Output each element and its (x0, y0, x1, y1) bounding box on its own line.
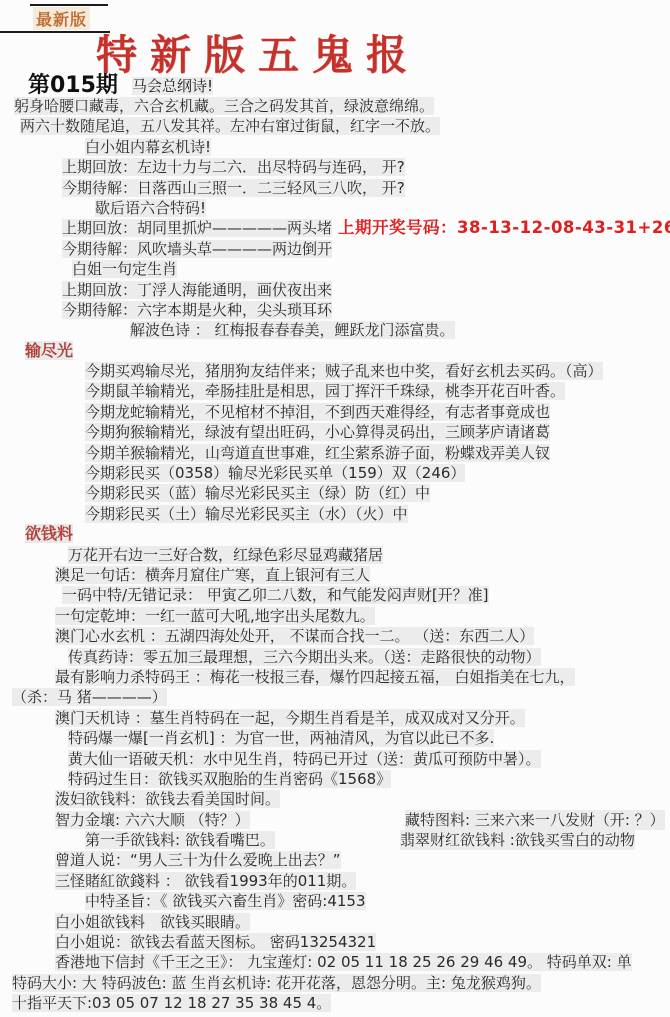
text-line: 今期彩民买（蓝）输尽光彩民买主（绿）防（红）中 (0, 483, 670, 503)
text-segment: 今期彩民买（0358）输尽光彩民买单（159）双（246） (85, 464, 465, 482)
text-segment: 澳足一句话：横奔月窟住广寒，直上银河有三人 (55, 566, 370, 584)
text-segment: 两六十数随尾追，五八发其祥。左冲右窜过街鼠，红字一不放。 (20, 117, 440, 135)
text-segment: 一码中特/无错记录： 甲寅乙卯二八数，和气能发闷声财[开？准] (62, 586, 489, 604)
text-line: 澳门心水玄机 ：五湖四海处处开， 不谋而合找一二。 （送：东西二人） (0, 626, 670, 646)
text-segment: 泼妇欲钱料：欲钱去看美国时间。 (55, 790, 280, 808)
text-line: 特码爆一爆[一肖玄机] ：为官一世，两袖清风，为官以此已不多. (0, 728, 670, 748)
text-line: 三怪賭紅欲錢料 ： 欲钱看1993年的011期。 (0, 871, 670, 891)
text-segment: 白小姐说：欲钱去看蓝天图标。 密码13254321 (55, 933, 376, 951)
text-line: 泼妇欲钱料：欲钱去看美国时间。 (0, 789, 670, 809)
text-segment: 今期龙蛇输精光，不见棺材不掉泪，不到西天难得经，有志者事竟成也 (85, 403, 550, 421)
text-segment: 中特圣旨：《 欲钱买六畜生肖》密码:4153 (85, 892, 366, 910)
text-line: 最有影响力杀特码王 ：梅花一枝报三春，爆竹四起接五福， 白姐指美在七九， (0, 667, 670, 687)
text-segment: 白姐一句定生肖 (72, 260, 177, 278)
text-line: 香港地下信封《千王之王》： 九宝莲灯: 02 05 11 18 25 26 29… (0, 952, 670, 972)
text-segment: （杀：马 猪————） (12, 688, 167, 706)
text-segment: 特码大小: 大 特码波色: 蓝 生肖玄机诗: 花开花落，恩怨分明。主: 兔龙猴鸡… (12, 974, 541, 992)
text-line: 白姐一句定生肖 (0, 259, 670, 279)
text-segment: 十指平天下:03 05 07 12 18 27 35 38 45 4。 (12, 994, 331, 1012)
text-line: 十指平天下:03 05 07 12 18 27 35 38 45 4。 (0, 993, 670, 1013)
text-segment: 澳门心水玄机 ：五湖四海处处开， 不谋而合找一二。 （送：东西二人） (55, 627, 534, 645)
text-segment: 今期彩民买（蓝）输尽光彩民买主（绿）防（红）中 (85, 484, 430, 502)
text-line: 智力金壤: 六六大顺 （特？）藏特图料: 三来六来一八发财（开: ？） (0, 810, 670, 830)
text-segment: 最有影响力杀特码王 ：梅花一枝报三春，爆竹四起接五福， 白姐指美在七九， (55, 668, 575, 686)
text-line: 今期鼠羊输精光，牵肠挂肚是相思，园丁挥汗千珠绿，桃李开花百叶香。 (0, 381, 670, 401)
badge-underline-rule (0, 31, 110, 33)
text-line: 今期待解：风吹墙头草————两边倒开 (0, 239, 670, 259)
text-line: 今期待解：六字本期是火种，尖头琐耳环 (0, 300, 670, 320)
latest-edition-badge: 最新版 (33, 7, 90, 30)
text-segment: 传真药诗：零五加三最理想，三六今期出头来。（送：走路很快的动物） (68, 648, 541, 666)
text-line: 今期买鸡输尽光，猪朋狗友结伴来；贼子乱来也中奖，看好玄机去买码。（高） (0, 361, 670, 381)
issue-number: 第015期 (28, 73, 118, 98)
text-line: 白小姐欲钱料 欲钱买眼睛。 (0, 912, 670, 932)
text-segment: 躬身哈腰口藏毒，六合玄机藏。三合之码发其首，绿波意绵绵。 (14, 97, 434, 115)
text-line: 特码过生日：欲钱买双胞胎的生肖密码《1568》 (0, 769, 670, 789)
text-line: 欲钱料 (0, 524, 670, 544)
text-line: 今期待解：日落西山三照一．二三轻风三八吹， 开? (0, 178, 670, 198)
text-line: 万花开右边一三好合数，红绿色彩尽显鸡藏猪居 (0, 545, 670, 565)
text-line: 白小姐内幕玄机诗! (0, 137, 670, 157)
text-segment: 今期鼠羊输精光，牵肠挂肚是相思，园丁挥汗千珠绿，桃李开花百叶香。 (85, 382, 565, 400)
text-line: 白小姐说：欲钱去看蓝天图标。 密码13254321 (0, 932, 670, 952)
text-line: 特码大小: 大 特码波色: 蓝 生肖玄机诗: 花开花落，恩怨分明。主: 兔龙猴鸡… (0, 973, 670, 993)
text-line: 今期羊猴输精光，山弯道直世事难，红尘萦系游子面，粉蝶戏弄美人钗 (0, 443, 670, 463)
text-segment: 翡翠财红欲钱料 :欲钱买雪白的动物 (400, 830, 635, 850)
text-line: 一句定乾坤：一红一蓝可大吼,地字出头尾数九。 (0, 606, 670, 626)
text-segment: 上期回放：丁浮人海能通明，画伏夜出来 (62, 281, 332, 299)
text-line: 黄大仙一语破天机：水中见生肖，特码已开过（送：黄瓜可预防中暑）。 (0, 749, 670, 769)
text-segment: 上期回放：胡同里抓炉—————两头堵 (62, 219, 332, 237)
text-segment: 歇后语六合特码! (95, 199, 206, 217)
text-segment: 今期彩民买（土）输尽光彩民买主（水）（火）中 (85, 505, 408, 523)
text-line: 解波色诗 ： 红梅报春春春美，鲤跃龙门添富贵。 (0, 320, 670, 340)
issue-row: 第015期马会总纲诗! (28, 68, 213, 99)
issue-subtitle: 马会总纲诗! (132, 77, 213, 95)
text-line: （杀：马 猪————） (0, 687, 670, 707)
text-segment: 万花开右边一三好合数，红绿色彩尽显鸡藏猪居 (68, 546, 383, 564)
text-line: 今期彩民买（0358）输尽光彩民买单（159）双（246） (0, 463, 670, 483)
text-line: 第一手欲钱料: 欲钱看嘴巴。翡翠财红欲钱料 :欲钱买雪白的动物 (0, 830, 670, 850)
text-line: 上期回放：左边十力与二六．出尽特码与连码， 开? (0, 157, 670, 177)
text-segment: 今期狗猴输精光，绿波有望出旺码，小心算得灵码出，三顾茅庐请诸葛 (85, 423, 550, 441)
text-segment: 白小姐欲钱料 欲钱买眼睛。 (55, 913, 250, 931)
content-lines: 躬身哈腰口藏毒，六合玄机藏。三合之码发其首，绿波意绵绵。两六十数随尾追，五八发其… (0, 96, 670, 1014)
text-segment: 曾道人说：“男人三十为什么爱晚上出去？” (55, 851, 341, 869)
text-line: 澳门天机诗 ：墓生肖特码在一起，今期生肖看是羊，成双成对又分开。 (0, 708, 670, 728)
text-line: 输尽光 (0, 341, 670, 361)
page: { "colors": { "title_red": "#c5322b", "d… (0, 0, 670, 1017)
text-segment: 藏特图料: 三来六来一八发财（开: ？） (405, 810, 665, 830)
text-segment: 第一手欲钱料: 欲钱看嘴巴。 (85, 831, 275, 849)
text-segment: 今期买鸡输尽光，猪朋狗友结伴来；贼子乱来也中奖，看好玄机去买码。（高） (85, 362, 603, 380)
text-segment: 特码过生日：欲钱买双胞胎的生肖密码《1568》 (68, 770, 391, 788)
text-segment: 今期待解：日落西山三照一．二三轻风三八吹， 开? (62, 179, 405, 197)
text-line: 传真药诗：零五加三最理想，三六今期出头来。（送：走路很快的动物） (0, 647, 670, 667)
text-segment: 上期回放：左边十力与二六．出尽特码与连码， 开? (62, 158, 405, 176)
text-segment: 白小姐内幕玄机诗! (85, 138, 211, 156)
text-line: 上期回放：丁浮人海能通明，画伏夜出来 (0, 280, 670, 300)
text-line: 澳足一句话：横奔月窟住广寒，直上银河有三人 (0, 565, 670, 585)
text-line: 上期回放：胡同里抓炉—————两头堵上期开奖号码：38-13-12-08-43-… (0, 218, 670, 238)
text-segment: 澳门天机诗 ：墓生肖特码在一起，今期生肖看是羊，成双成对又分开。 (55, 709, 525, 727)
text-segment: 一句定乾坤：一红一蓝可大吼,地字出头尾数九。 (55, 607, 375, 625)
last-draw-numbers: 上期开奖号码：38-13-12-08-43-31+26 (338, 218, 670, 237)
text-segment: 今期待解：风吹墙头草————两边倒开 (62, 240, 332, 258)
text-line: 一码中特/无错记录： 甲寅乙卯二八数，和气能发闷声财[开？准] (0, 585, 670, 605)
text-line: 今期龙蛇输精光，不见棺材不掉泪，不到西天难得经，有志者事竟成也 (0, 402, 670, 422)
text-line: 曾道人说：“男人三十为什么爱晚上出去？” (0, 850, 670, 870)
text-line: 今期狗猴输精光，绿波有望出旺码，小心算得灵码出，三顾茅庐请诸葛 (0, 422, 670, 442)
section-header-shujinguang: 输尽光 (25, 341, 73, 360)
section-header-yuqianliao: 欲钱料 (25, 524, 73, 543)
text-segment: 解波色诗 ： 红梅报春春春美，鲤跃龙门添富贵。 (130, 321, 455, 339)
text-segment: 今期待解：六字本期是火种，尖头琐耳环 (62, 301, 332, 319)
text-segment: 智力金壤: 六六大顺 （特？） (55, 811, 250, 829)
text-line: 两六十数随尾追，五八发其祥。左冲右窜过街鼠，红字一不放。 (0, 116, 670, 136)
text-line: 躬身哈腰口藏毒，六合玄机藏。三合之码发其首，绿波意绵绵。 (0, 96, 670, 116)
top-rule (30, 4, 108, 6)
text-line: 中特圣旨：《 欲钱买六畜生肖》密码:4153 (0, 891, 670, 911)
text-segment: 三怪賭紅欲錢料 ： 欲钱看1993年的011期。 (55, 872, 356, 890)
text-segment: 特码爆一爆[一肖玄机] ：为官一世，两袖清风，为官以此已不多. (68, 729, 494, 747)
text-segment: 今期羊猴输精光，山弯道直世事难，红尘萦系游子面，粉蝶戏弄美人钗 (85, 444, 550, 462)
text-segment: 黄大仙一语破天机：水中见生肖，特码已开过（送：黄瓜可预防中暑）。 (68, 750, 541, 768)
text-line: 今期彩民买（土）输尽光彩民买主（水）（火）中 (0, 504, 670, 524)
text-line: 歇后语六合特码! (0, 198, 670, 218)
text-segment: 香港地下信封《千王之王》： 九宝莲灯: 02 05 11 18 25 26 29… (55, 953, 632, 971)
